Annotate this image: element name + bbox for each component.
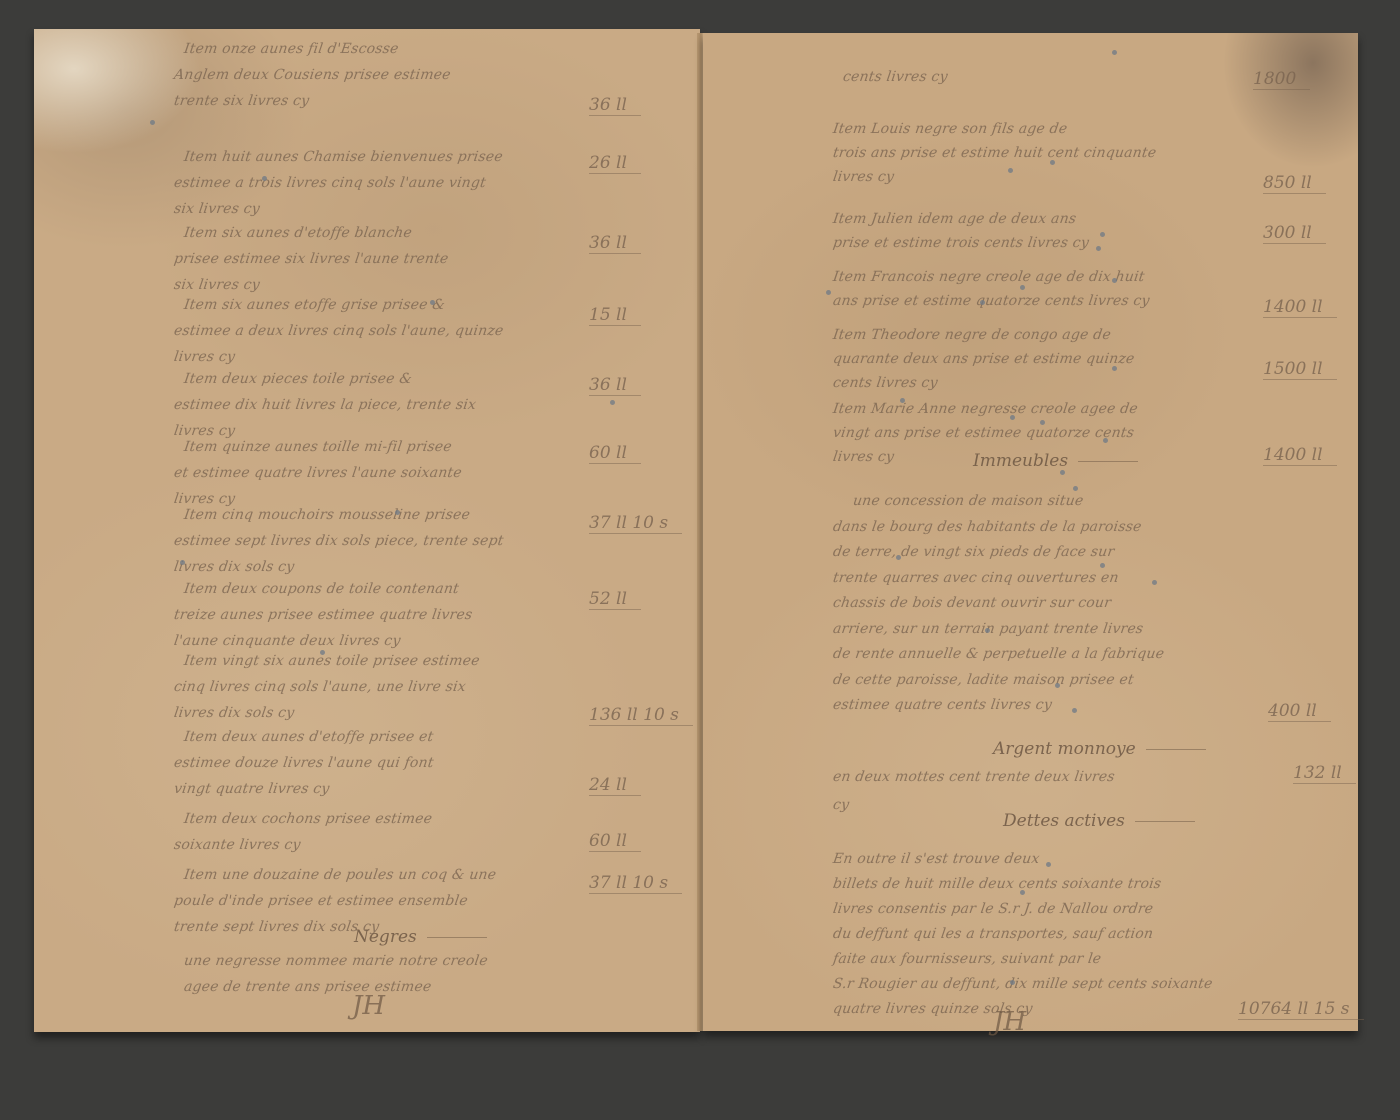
manuscript-line: trente six livres cy: [173, 93, 310, 109]
amount-value: 60 ll: [589, 443, 641, 464]
manuscript-line: estimee a deux livres cinq sols l'aune, …: [173, 323, 505, 339]
manuscript-line: billets de huit mille deux cents soixant…: [832, 876, 1162, 892]
manuscript-line: prisee estimee six livres l'aune trente: [173, 251, 450, 267]
manuscript-line: prise et estime trois cents livres cy: [832, 235, 1090, 251]
ink-spot: [180, 560, 185, 565]
ink-spot: [1112, 278, 1117, 283]
manuscript-line: Item deux coupons de toile contenant: [183, 581, 460, 597]
manuscript-line: six livres cy: [173, 277, 261, 293]
manuscript-line: une concession de maison situe: [852, 493, 1085, 509]
manuscript-line: cents livres cy: [832, 375, 939, 391]
ink-spot: [1060, 470, 1065, 475]
manuscript-line: faite aux fournisseurs, suivant par le: [832, 951, 1102, 967]
paraph-signature: JH: [993, 1007, 1026, 1037]
ink-spot: [826, 290, 831, 295]
manuscript-line: estimee quatre cents livres cy: [832, 697, 1053, 713]
section-heading-immeubles: Immeubles: [973, 451, 1138, 471]
manuscript-line: de cette paroisse, ladite maison prisee …: [832, 672, 1135, 688]
right-page-text: cents livres cy1800Item Louis negre son …: [703, 33, 1358, 1031]
manuscript-line: six livres cy: [173, 201, 261, 217]
manuscript-line: S.r Rougier au deffunt, dix mille sept c…: [832, 976, 1214, 992]
amount-value: 36 ll: [589, 233, 641, 254]
ink-spot: [1008, 168, 1013, 173]
manuscript-line: Item Julien idem age de deux ans: [832, 211, 1078, 227]
section-heading-dettes: Dettes actives: [1003, 811, 1195, 831]
ink-spot: [320, 650, 325, 655]
manuscript-line: Item six aunes etoffe grise prisee &: [183, 297, 446, 313]
manuscript-line: Item Marie Anne negresse creole agee de: [832, 401, 1139, 417]
ink-spot: [1073, 486, 1078, 491]
paraph-signature: JH: [352, 991, 385, 1021]
ink-spot: [1112, 366, 1117, 371]
ink-spot: [896, 555, 901, 560]
amount-value: 136 ll 10 s: [589, 705, 693, 726]
section-heading-argent: Argent monnoye: [993, 739, 1206, 759]
ink-spot: [1050, 160, 1055, 165]
manuscript-line: estimee a trois livres cinq sols l'aune …: [173, 175, 487, 191]
manuscript-line: Item huit aunes Chamise bienvenues prise…: [183, 149, 504, 165]
ink-spot: [1046, 862, 1051, 867]
amount-value: 300 ll: [1263, 223, 1326, 244]
manuscript-line: du deffunt qui les a transportes, sauf a…: [832, 926, 1154, 942]
manuscript-line: livres cy: [173, 491, 236, 507]
amount-value: 24 ll: [589, 775, 641, 796]
manuscript-line: en deux mottes cent trente deux livres: [832, 769, 1116, 785]
ink-spot: [1152, 580, 1157, 585]
manuscript-line: livres cy: [832, 169, 895, 185]
manuscript-line: En outre il s'est trouve deux: [832, 851, 1041, 867]
amount-value: 60 ll: [589, 831, 641, 852]
manuscript-line: Item une douzaine de poules un coq & une: [183, 867, 497, 883]
amount-value: 1400 ll: [1263, 445, 1337, 466]
manuscript-line: livres cy: [173, 423, 236, 439]
manuscript-line: poule d'inde prisee et estimee ensemble: [173, 893, 469, 909]
manuscript-line: une negresse nommee marie notre creole: [183, 953, 489, 969]
manuscript-line: cy: [832, 797, 850, 813]
manuscript-line: ans prise et estime quatorze cents livre…: [832, 293, 1151, 309]
manuscript-line: Item quinze aunes toille mi-fil prisee: [183, 439, 453, 455]
manuscript-line: Anglem deux Cousiens prisee estimee: [173, 67, 452, 83]
right-manuscript-page: cents livres cy1800Item Louis negre son …: [703, 33, 1358, 1031]
manuscript-line: Item deux pieces toile prisee &: [183, 371, 413, 387]
ink-spot: [1100, 563, 1105, 568]
amount-value: 26 ll: [589, 153, 641, 174]
ink-spot: [1020, 890, 1025, 895]
manuscript-line: Item Theodore negre de congo age de: [832, 327, 1112, 343]
manuscript-line: l'aune cinquante deux livres cy: [173, 633, 402, 649]
ink-spot: [610, 400, 615, 405]
ink-spot: [1103, 438, 1108, 443]
manuscript-line: de terre, de vingt six pieds de face sur: [832, 544, 1116, 560]
manuscript-line: estimee dix huit livres la piece, trente…: [173, 397, 477, 413]
ink-spot: [430, 300, 435, 305]
ink-spot: [150, 120, 155, 125]
ink-spot: [1010, 415, 1015, 420]
amount-value: 400 ll: [1268, 701, 1331, 722]
amount-value: 850 ll: [1263, 173, 1326, 194]
ink-spot: [395, 510, 400, 515]
amount-value: 132 ll: [1293, 763, 1356, 784]
amount-value: 37 ll 10 s: [589, 513, 682, 534]
amount-value: 1400 ll: [1263, 297, 1337, 318]
manuscript-line: quarante deux ans prise et estime quinze: [832, 351, 1136, 367]
manuscript-line: estimee douze livres l'aune qui font: [173, 755, 435, 771]
manuscript-line: vingt ans prise et estimee quatorze cent…: [832, 425, 1135, 441]
manuscript-line: livres dix sols cy: [173, 559, 296, 575]
ink-spot: [262, 176, 267, 181]
ink-spot: [985, 628, 990, 633]
manuscript-line: vingt quatre livres cy: [173, 781, 331, 797]
manuscript-line: treize aunes prisee estimee quatre livre…: [173, 607, 474, 623]
manuscript-line: livres dix sols cy: [173, 705, 296, 721]
amount-value: 37 ll 10 s: [589, 873, 682, 894]
manuscript-line: Item vingt six aunes toile prisee estime…: [183, 653, 481, 669]
manuscript-line: Item deux aunes d'etoffe prisee et: [183, 729, 435, 745]
amount-value: 36 ll: [589, 95, 641, 116]
manuscript-line: estimee sept livres dix sols piece, tren…: [173, 533, 505, 549]
section-heading-negres: Negres: [354, 927, 487, 947]
left-page-text: Item onze aunes fil d'EscosseAnglem deux…: [34, 29, 700, 1032]
manuscript-line: Item Francois negre creole age de dix hu…: [832, 269, 1146, 285]
manuscript-line: de rente annuelle & perpetuelle a la fab…: [832, 646, 1165, 662]
manuscript-line: cents livres cy: [842, 69, 949, 85]
ink-spot: [1040, 420, 1045, 425]
amount-value: 15 ll: [589, 305, 641, 326]
ink-spot: [1055, 683, 1060, 688]
manuscript-line: agee de trente ans prisee estimee: [183, 979, 433, 995]
manuscript-line: livres consentis par le S.r J. de Nallou…: [832, 901, 1154, 917]
ink-spot: [1096, 246, 1101, 251]
manuscript-line: et estimee quatre livres l'aune soixante: [173, 465, 463, 481]
ink-spot: [1072, 708, 1077, 713]
ink-spot: [1112, 50, 1117, 55]
amount-value: 10764 ll 15 s: [1238, 999, 1364, 1020]
amount-value: 52 ll: [589, 589, 641, 610]
manuscript-line: Item deux cochons prisee estimee: [183, 811, 433, 827]
manuscript-line: chassis de bois devant ouvrir sur cour: [832, 595, 1112, 611]
manuscript-line: trois ans prise et estime huit cent cinq…: [832, 145, 1157, 161]
manuscript-line: cinq livres cinq sols l'aune, une livre …: [173, 679, 467, 695]
ink-spot: [1010, 980, 1015, 985]
manuscript-line: Item six aunes d'etoffe blanche: [183, 225, 413, 241]
manuscript-line: trente quarres avec cinq ouvertures en: [832, 570, 1120, 586]
manuscript-line: trente sept livres dix sols cy: [173, 919, 380, 935]
ink-spot: [980, 300, 985, 305]
manuscript-line: Item cinq mouchoirs mousseline prisee: [183, 507, 471, 523]
ink-spot: [900, 398, 905, 403]
manuscript-line: dans le bourg des habitants de la parois…: [832, 519, 1143, 535]
manuscript-line: Item onze aunes fil d'Escosse: [183, 41, 400, 57]
amount-value: 1500 ll: [1263, 359, 1337, 380]
ink-spot: [1100, 232, 1105, 237]
manuscript-line: livres cy: [173, 349, 236, 365]
manuscript-line: soixante livres cy: [173, 837, 302, 853]
left-manuscript-page: Item onze aunes fil d'EscosseAnglem deux…: [34, 29, 700, 1032]
manuscript-line: livres cy: [832, 449, 895, 465]
amount-value: 36 ll: [589, 375, 641, 396]
ink-spot: [1020, 285, 1025, 290]
amount-value: 1800: [1253, 69, 1310, 90]
manuscript-line: Item Louis negre son fils age de: [832, 121, 1069, 137]
